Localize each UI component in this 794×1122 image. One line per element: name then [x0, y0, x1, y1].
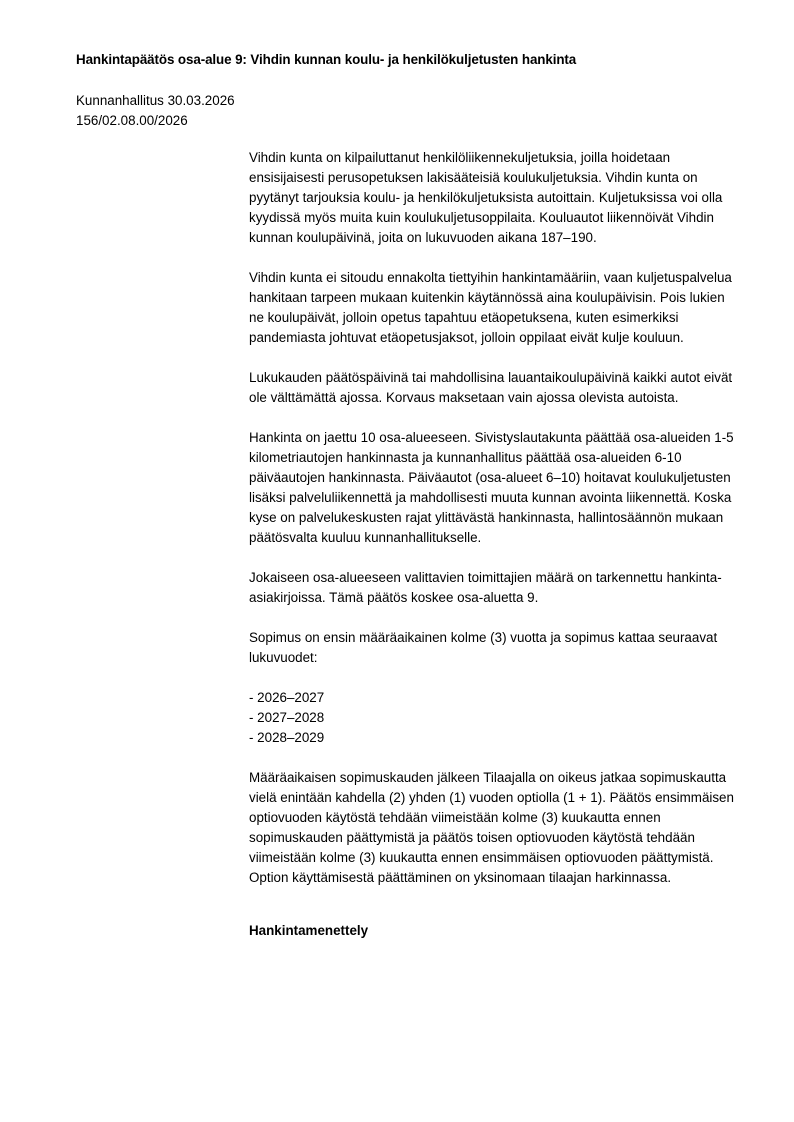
list-item: - 2028–2029	[249, 728, 741, 748]
paragraph-suppliers: Jokaiseen osa-alueeseen valittavien toim…	[249, 568, 741, 608]
section-heading: Hankintamenettely	[249, 921, 741, 941]
meeting-body-date: Kunnanhallitus 30.03.2026	[76, 91, 235, 111]
school-years-list: - 2026–2027 - 2027–2028 - 2028–2029	[249, 688, 741, 748]
document-body: Vihdin kunta on kilpailuttanut henkilöli…	[249, 148, 741, 941]
paragraph-compensation: Lukukauden päätöspäivinä tai mahdollisin…	[249, 368, 741, 408]
paragraph-no-commitment: Vihdin kunta ei sitoudu ennakolta tietty…	[249, 268, 741, 348]
document-title: Hankintapäätös osa-alue 9: Vihdin kunnan…	[76, 52, 576, 67]
paragraph-sub-areas: Hankinta on jaettu 10 osa-alueeseen. Siv…	[249, 428, 741, 548]
list-item: - 2026–2027	[249, 688, 741, 708]
paragraph-contract-term: Sopimus on ensin määräaikainen kolme (3)…	[249, 628, 741, 668]
paragraph-options: Määräaikaisen sopimuskauden jälkeen Tila…	[249, 768, 741, 888]
reference-number: 156/02.08.00/2026	[76, 111, 235, 131]
paragraph-procurement-scope: Vihdin kunta on kilpailuttanut henkilöli…	[249, 148, 741, 248]
list-item: - 2027–2028	[249, 708, 741, 728]
document-meta: Kunnanhallitus 30.03.2026 156/02.08.00/2…	[76, 91, 235, 131]
